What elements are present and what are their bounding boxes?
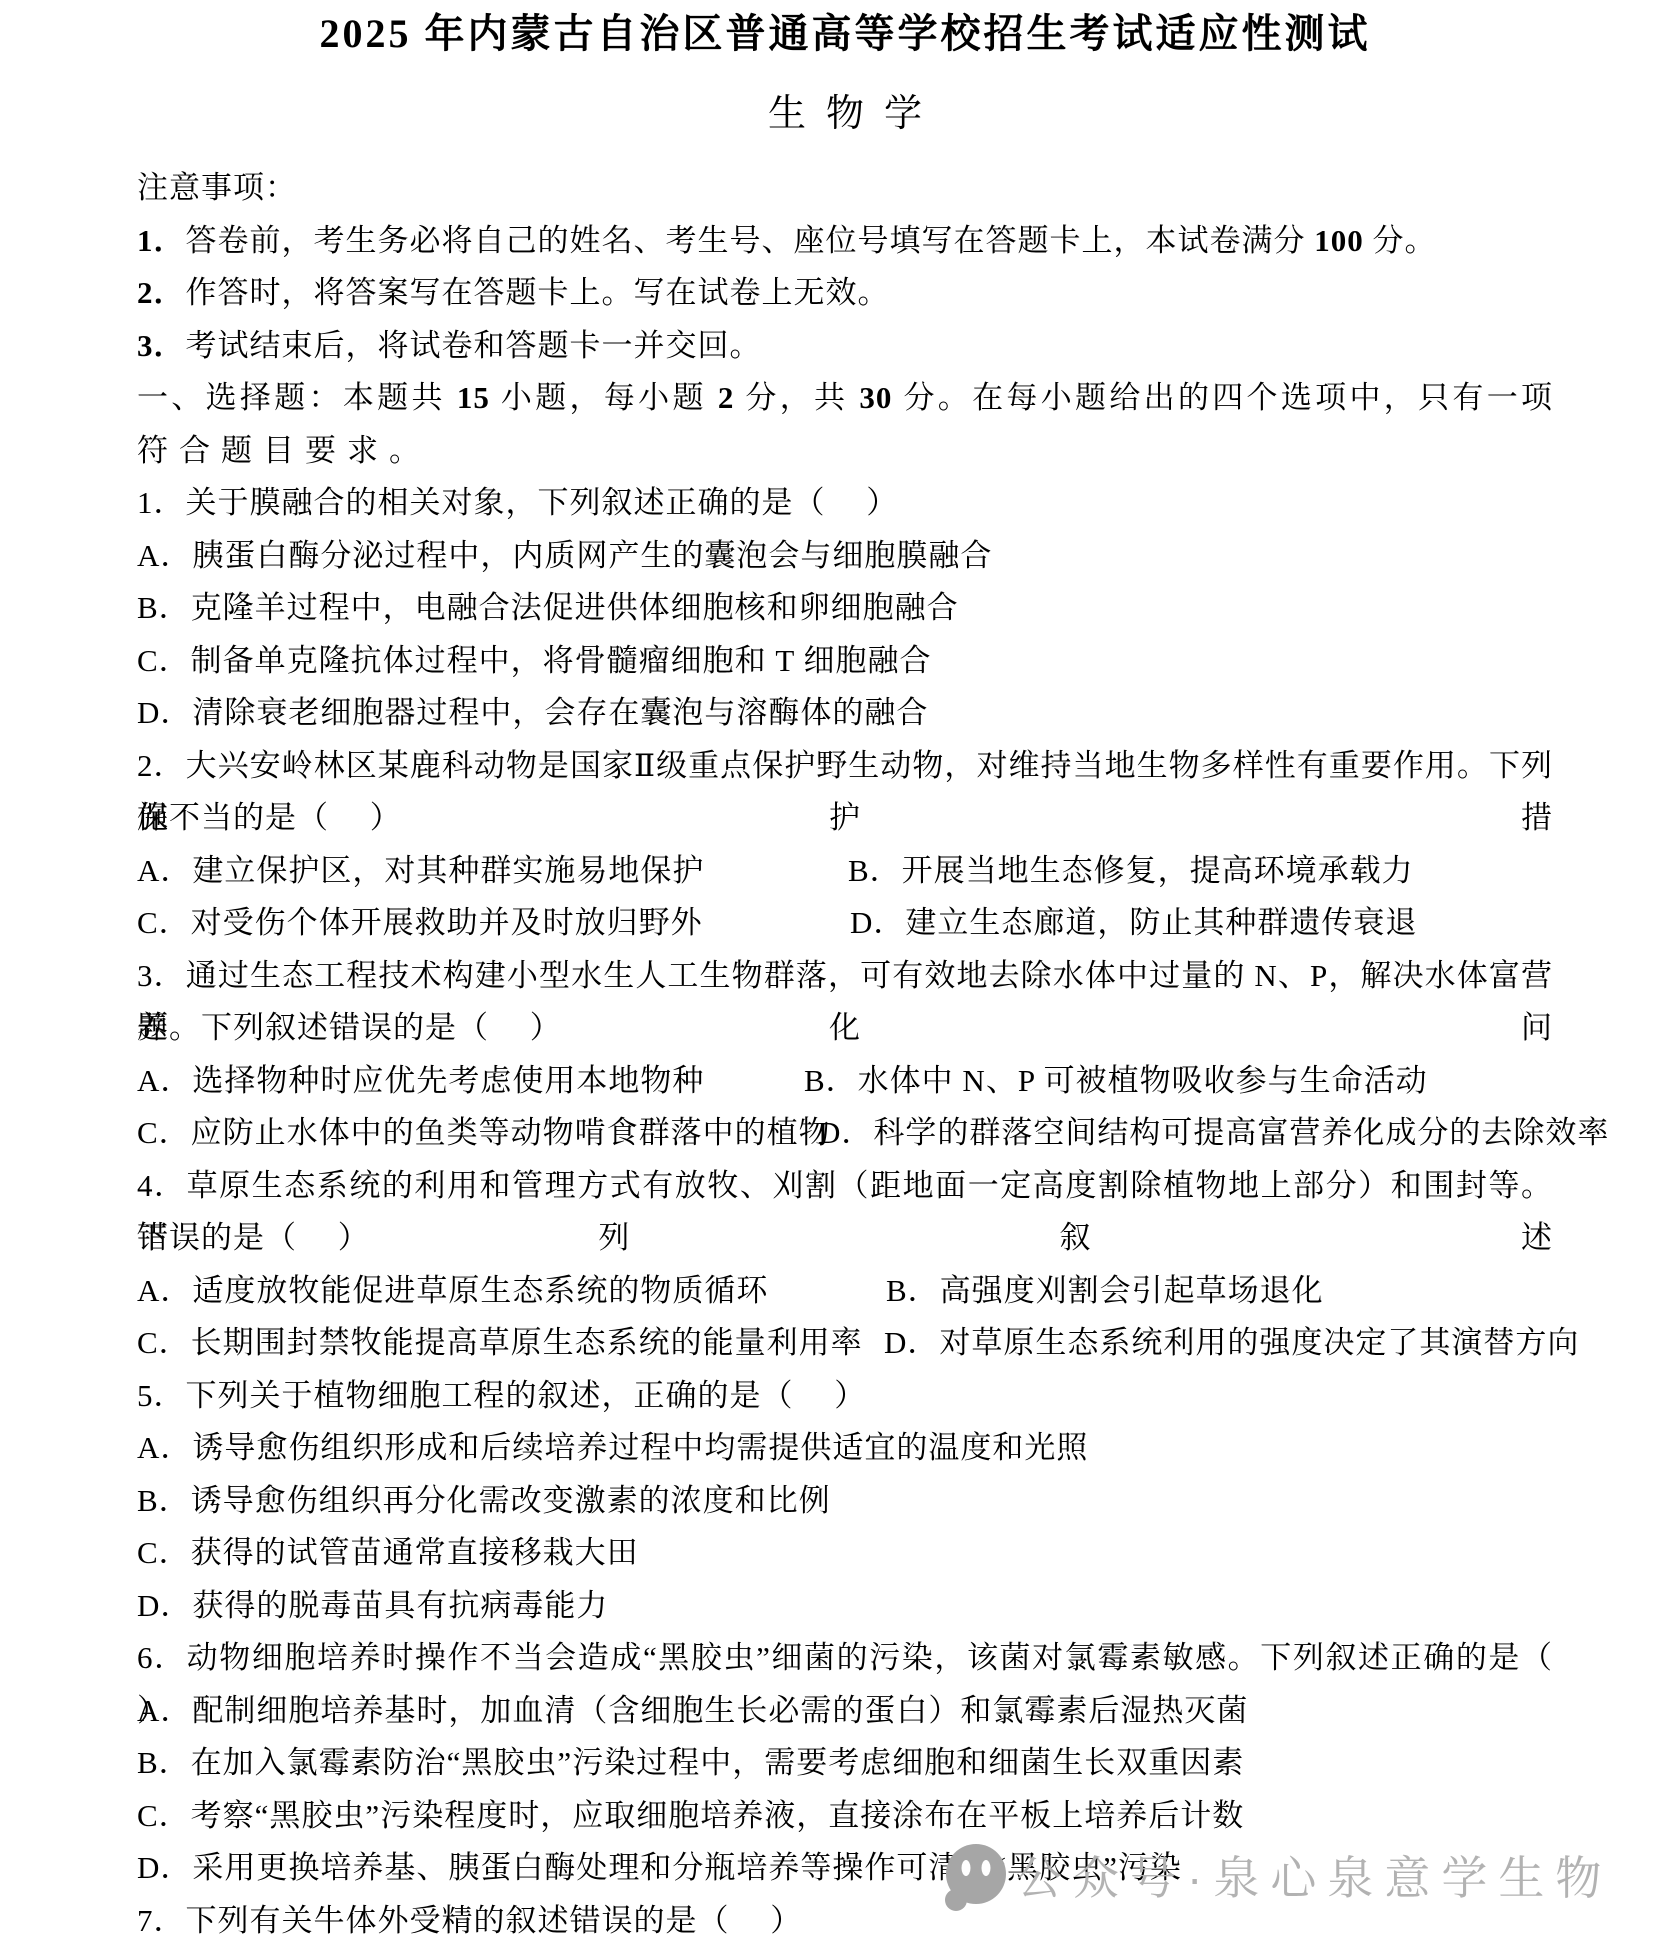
text-segment: B．克隆羊过程中，电融合法促进供体细胞核和卵细胞融合 bbox=[137, 590, 959, 625]
watermark: 公众号·泉心泉意学生物 bbox=[938, 1843, 1612, 1913]
q7-stem-text: 7．下列有关牛体外受精的叙述错误的是（ ） bbox=[137, 1903, 802, 1938]
q6-option-a: A．配制细胞培养基时，加血清（含细胞生长必需的蛋白）和氯霉素后湿热灭菌 bbox=[0, 1685, 1666, 1738]
q4-stem-2-text: 错误的是（ ） bbox=[137, 1220, 370, 1255]
section-heading-2-text: 符合题目要求。 bbox=[137, 433, 431, 468]
text-segment: A．选择物种时应优先考虑使用本地物种 bbox=[137, 1063, 704, 1098]
text-segment: A．建立保护区，对其种群实施易地保护 bbox=[137, 853, 704, 888]
q5-stem-text: 5．下列关于植物细胞工程的叙述，正确的是（ ） bbox=[137, 1378, 866, 1413]
notice-heading: 注意事项： bbox=[0, 162, 1666, 215]
text-segment: 注意事项： bbox=[137, 170, 297, 205]
q1-option-b: B．克隆羊过程中，电融合法促进供体细胞核和卵细胞融合 bbox=[0, 582, 1666, 635]
q5-option-a-text: A．诱导愈伤组织形成和后续培养过程中均需提供适宜的温度和光照 bbox=[137, 1430, 1088, 1465]
text-segment: C．制备单克隆抗体过程中，将骨髓瘤细胞和 T 细胞融合 bbox=[137, 643, 932, 678]
q3-options-cd-col2: D．科学的群落空间结构可提高富营养化成分的去除效率 bbox=[818, 1107, 1609, 1160]
q3-stem-2: 题。下列叙述错误的是（ ） bbox=[0, 1002, 1666, 1055]
q6-option-c: C．考察“黑胶虫”污染程度时，应取细胞培养液，直接涂布在平板上培养后计数 bbox=[0, 1790, 1666, 1843]
text-segment: C．对受伤个体开展救助并及时放归野外 bbox=[137, 905, 703, 940]
text-segment: 施不当的是（ ） bbox=[137, 800, 402, 835]
q5-option-c: C．获得的试管苗通常直接移栽大田 bbox=[0, 1527, 1666, 1580]
notice-item-1: 1．答卷前，考生务必将自己的姓名、考生号、座位号填写在答题卡上，本试卷满分 10… bbox=[0, 215, 1666, 268]
text-segment: 分。 bbox=[1364, 223, 1437, 258]
text-segment: 错误的是（ ） bbox=[137, 1220, 370, 1255]
q4-options-cd: C．长期围封禁牧能提高草原生态系统的能量利用率D．对草原生态系统利用的强度决定了… bbox=[0, 1317, 1666, 1370]
q5-option-c-text: C．获得的试管苗通常直接移栽大田 bbox=[137, 1535, 639, 1570]
q6-option-a-text: A．配制细胞培养基时，加血清（含细胞生长必需的蛋白）和氯霉素后湿热灭菌 bbox=[137, 1693, 1248, 1728]
q1-stem: 1．关于膜融合的相关对象，下列叙述正确的是（ ） bbox=[0, 477, 1666, 530]
q3-stem-2-text: 题。下列叙述错误的是（ ） bbox=[137, 1010, 562, 1045]
text-segment: 15 bbox=[457, 380, 490, 415]
wechat-bubble-icon bbox=[938, 1842, 1010, 1914]
q4-options-ab: A．适度放牧能促进草原生态系统的物质循环B．高强度刈割会引起草场退化 bbox=[0, 1265, 1666, 1318]
text-segment: 2． bbox=[137, 275, 186, 310]
q2-stem-2-text: 施不当的是（ ） bbox=[137, 800, 402, 835]
q5-option-b-text: B．诱导愈伤组织再分化需改变激素的浓度和比例 bbox=[137, 1483, 831, 1518]
q2-stem-1: 2．大兴安岭林区某鹿科动物是国家Ⅱ级重点保护野生动物，对维持当地生物多样性有重要… bbox=[0, 740, 1553, 793]
text-segment: C．长期围封禁牧能提高草原生态系统的能量利用率 bbox=[137, 1325, 863, 1360]
text-segment: 100 bbox=[1314, 223, 1364, 258]
q2-options-ab: A．建立保护区，对其种群实施易地保护B．开展当地生态修复，提高环境承载力 bbox=[0, 845, 1666, 898]
text-segment: C．考察“黑胶虫”污染程度时，应取细胞培养液，直接涂布在平板上培养后计数 bbox=[137, 1798, 1244, 1833]
text-segment: 3． bbox=[137, 328, 186, 363]
notice-item-1-text: 1．答卷前，考生务必将自己的姓名、考生号、座位号填写在答题卡上，本试卷满分 10… bbox=[137, 223, 1437, 258]
q4-stem-2: 错误的是（ ） bbox=[0, 1212, 1666, 1265]
q4-stem-1: 4．草原生态系统的利用和管理方式有放牧、刈割（距地面一定高度割除植物地上部分）和… bbox=[0, 1160, 1553, 1213]
q1-stem-text: 1．关于膜融合的相关对象，下列叙述正确的是（ ） bbox=[137, 485, 898, 520]
notice-item-3: 3．考试结束后，将试卷和答题卡一并交回。 bbox=[0, 320, 1666, 373]
q2-options-ab-col2: B．开展当地生态修复，提高环境承载力 bbox=[848, 845, 1414, 898]
q3-options-cd-text: C．应防止水体中的鱼类等动物啃食群落中的植物 bbox=[137, 1115, 831, 1150]
q4-options-cd-text: C．长期围封禁牧能提高草原生态系统的能量利用率 bbox=[137, 1325, 863, 1360]
text-segment: 7．下列有关牛体外受精的叙述错误的是（ ） bbox=[137, 1903, 802, 1938]
q6-option-c-text: C．考察“黑胶虫”污染程度时，应取细胞培养液，直接涂布在平板上培养后计数 bbox=[137, 1798, 1244, 1833]
notice-item-3-text: 3．考试结束后，将试卷和答题卡一并交回。 bbox=[137, 328, 762, 363]
watermark-text: 公众号·泉心泉意学生物 bbox=[1016, 1843, 1612, 1913]
page-title: 2025 年内蒙古自治区普通高等学校招生考试适应性测试 bbox=[137, 10, 1553, 58]
text-segment: 分，共 bbox=[734, 380, 859, 415]
text-segment: 考试结束后，将试卷和答题卡一并交回。 bbox=[186, 328, 762, 363]
q5-option-b: B．诱导愈伤组织再分化需改变激素的浓度和比例 bbox=[0, 1475, 1666, 1528]
notice-item-2: 2．作答时，将答案写在答题卡上。写在试卷上无效。 bbox=[0, 267, 1666, 320]
exam-paper-page: 2025 年内蒙古自治区普通高等学校招生考试适应性测试 生物学 公众号·泉心泉意… bbox=[0, 0, 1666, 1941]
q3-stem-1: 3．通过生态工程技术构建小型水生人工生物群落，可有效地去除水体中过量的 N、P，… bbox=[0, 950, 1553, 1003]
text-segment: C．获得的试管苗通常直接移栽大田 bbox=[137, 1535, 639, 1570]
q3-options-ab-col2: B．水体中 N、P 可被植物吸收参与生命活动 bbox=[804, 1055, 1428, 1108]
text-segment: 符合题目要求。 bbox=[137, 433, 431, 468]
text-segment: D．获得的脱毒苗具有抗病毒能力 bbox=[137, 1588, 608, 1623]
q2-options-cd-text: C．对受伤个体开展救助并及时放归野外 bbox=[137, 905, 703, 940]
text-segment: 答卷前，考生务必将自己的姓名、考生号、座位号填写在答题卡上，本试卷满分 bbox=[186, 223, 1315, 258]
q1-option-a: A．胰蛋白酶分泌过程中，内质网产生的囊泡会与细胞膜融合 bbox=[0, 530, 1666, 583]
text-segment: B．在加入氯霉素防治“黑胶虫”污染过程中，需要考虑细胞和细菌生长双重因素 bbox=[137, 1745, 1244, 1780]
section-heading-1-text: 一、选择题：本题共 15 小题，每小题 2 分，共 30 分。在每小题给出的四个… bbox=[137, 380, 1553, 415]
q5-option-a: A．诱导愈伤组织形成和后续培养过程中均需提供适宜的温度和光照 bbox=[0, 1422, 1666, 1475]
q1-option-a-text: A．胰蛋白酶分泌过程中，内质网产生的囊泡会与细胞膜融合 bbox=[137, 538, 992, 573]
q2-stem-2: 施不当的是（ ） bbox=[0, 792, 1666, 845]
text-segment: 分。在每小题给出的四个选项中，只有一项 bbox=[892, 380, 1553, 415]
q6-option-b-text: B．在加入氯霉素防治“黑胶虫”污染过程中，需要考虑细胞和细菌生长双重因素 bbox=[137, 1745, 1244, 1780]
q2-options-ab-text: A．建立保护区，对其种群实施易地保护 bbox=[137, 853, 704, 888]
text-segment: C．应防止水体中的鱼类等动物啃食群落中的植物 bbox=[137, 1115, 831, 1150]
notice-heading-text: 注意事项： bbox=[137, 170, 297, 205]
q3-options-ab-text: A．选择物种时应优先考虑使用本地物种 bbox=[137, 1063, 704, 1098]
q5-option-d-text: D．获得的脱毒苗具有抗病毒能力 bbox=[137, 1588, 608, 1623]
q1-option-b-text: B．克隆羊过程中，电融合法促进供体细胞核和卵细胞融合 bbox=[137, 590, 959, 625]
section-heading-1: 一、选择题：本题共 15 小题，每小题 2 分，共 30 分。在每小题给出的四个… bbox=[0, 372, 1553, 425]
q1-option-d-text: D．清除衰老细胞器过程中，会存在囊泡与溶酶体的融合 bbox=[137, 695, 928, 730]
text-segment: 小题，每小题 bbox=[490, 380, 718, 415]
text-segment: B．诱导愈伤组织再分化需改变激素的浓度和比例 bbox=[137, 1483, 831, 1518]
text-segment: 30 bbox=[859, 380, 892, 415]
text-segment: A．诱导愈伤组织形成和后续培养过程中均需提供适宜的温度和光照 bbox=[137, 1430, 1088, 1465]
q1-option-c-text: C．制备单克隆抗体过程中，将骨髓瘤细胞和 T 细胞融合 bbox=[137, 643, 932, 678]
q5-stem: 5．下列关于植物细胞工程的叙述，正确的是（ ） bbox=[0, 1370, 1666, 1423]
q6-stem: 6．动物细胞培养时操作不当会造成“黑胶虫”细菌的污染，该菌对氯霉素敏感。下列叙述… bbox=[0, 1632, 1553, 1685]
text-segment: A．胰蛋白酶分泌过程中，内质网产生的囊泡会与细胞膜融合 bbox=[137, 538, 992, 573]
text-segment: A．配制细胞培养基时，加血清（含细胞生长必需的蛋白）和氯霉素后湿热灭菌 bbox=[137, 1693, 1248, 1728]
q4-options-ab-col2: B．高强度刈割会引起草场退化 bbox=[886, 1265, 1324, 1318]
text-segment: D．清除衰老细胞器过程中，会存在囊泡与溶酶体的融合 bbox=[137, 695, 928, 730]
document-lines: 注意事项：1．答卷前，考生务必将自己的姓名、考生号、座位号填写在答题卡上，本试卷… bbox=[0, 162, 1666, 1941]
q1-option-d: D．清除衰老细胞器过程中，会存在囊泡与溶酶体的融合 bbox=[0, 687, 1666, 740]
q6-option-b: B．在加入氯霉素防治“黑胶虫”污染过程中，需要考虑细胞和细菌生长双重因素 bbox=[0, 1737, 1666, 1790]
section-heading-2: 符合题目要求。 bbox=[0, 425, 1666, 478]
q2-options-cd-col2: D．建立生态廊道，防止其种群遗传衰退 bbox=[850, 897, 1417, 950]
q2-options-cd: C．对受伤个体开展救助并及时放归野外D．建立生态廊道，防止其种群遗传衰退 bbox=[0, 897, 1666, 950]
text-segment: 5．下列关于植物细胞工程的叙述，正确的是（ ） bbox=[137, 1378, 866, 1413]
notice-item-2-text: 2．作答时，将答案写在答题卡上。写在试卷上无效。 bbox=[137, 275, 890, 310]
q4-options-cd-col2: D．对草原生态系统利用的强度决定了其演替方向 bbox=[884, 1317, 1579, 1370]
q5-option-d: D．获得的脱毒苗具有抗病毒能力 bbox=[0, 1580, 1666, 1633]
subject-title: 生物学 bbox=[137, 92, 1553, 136]
text-segment: A．适度放牧能促进草原生态系统的物质循环 bbox=[137, 1273, 768, 1308]
text-segment: 1．关于膜融合的相关对象，下列叙述正确的是（ ） bbox=[137, 485, 898, 520]
q1-option-c: C．制备单克隆抗体过程中，将骨髓瘤细胞和 T 细胞融合 bbox=[0, 635, 1666, 688]
q3-options-cd: C．应防止水体中的鱼类等动物啃食群落中的植物D．科学的群落空间结构可提高富营养化… bbox=[0, 1107, 1666, 1160]
text-segment: 1． bbox=[137, 223, 186, 258]
q4-options-ab-text: A．适度放牧能促进草原生态系统的物质循环 bbox=[137, 1273, 768, 1308]
text-segment: 作答时，将答案写在答题卡上。写在试卷上无效。 bbox=[186, 275, 890, 310]
text-segment: 题。下列叙述错误的是（ ） bbox=[137, 1010, 562, 1045]
text-segment: 2 bbox=[718, 380, 735, 415]
text-segment: 一、选择题：本题共 bbox=[137, 380, 457, 415]
q3-options-ab: A．选择物种时应优先考虑使用本地物种B．水体中 N、P 可被植物吸收参与生命活动 bbox=[0, 1055, 1666, 1108]
